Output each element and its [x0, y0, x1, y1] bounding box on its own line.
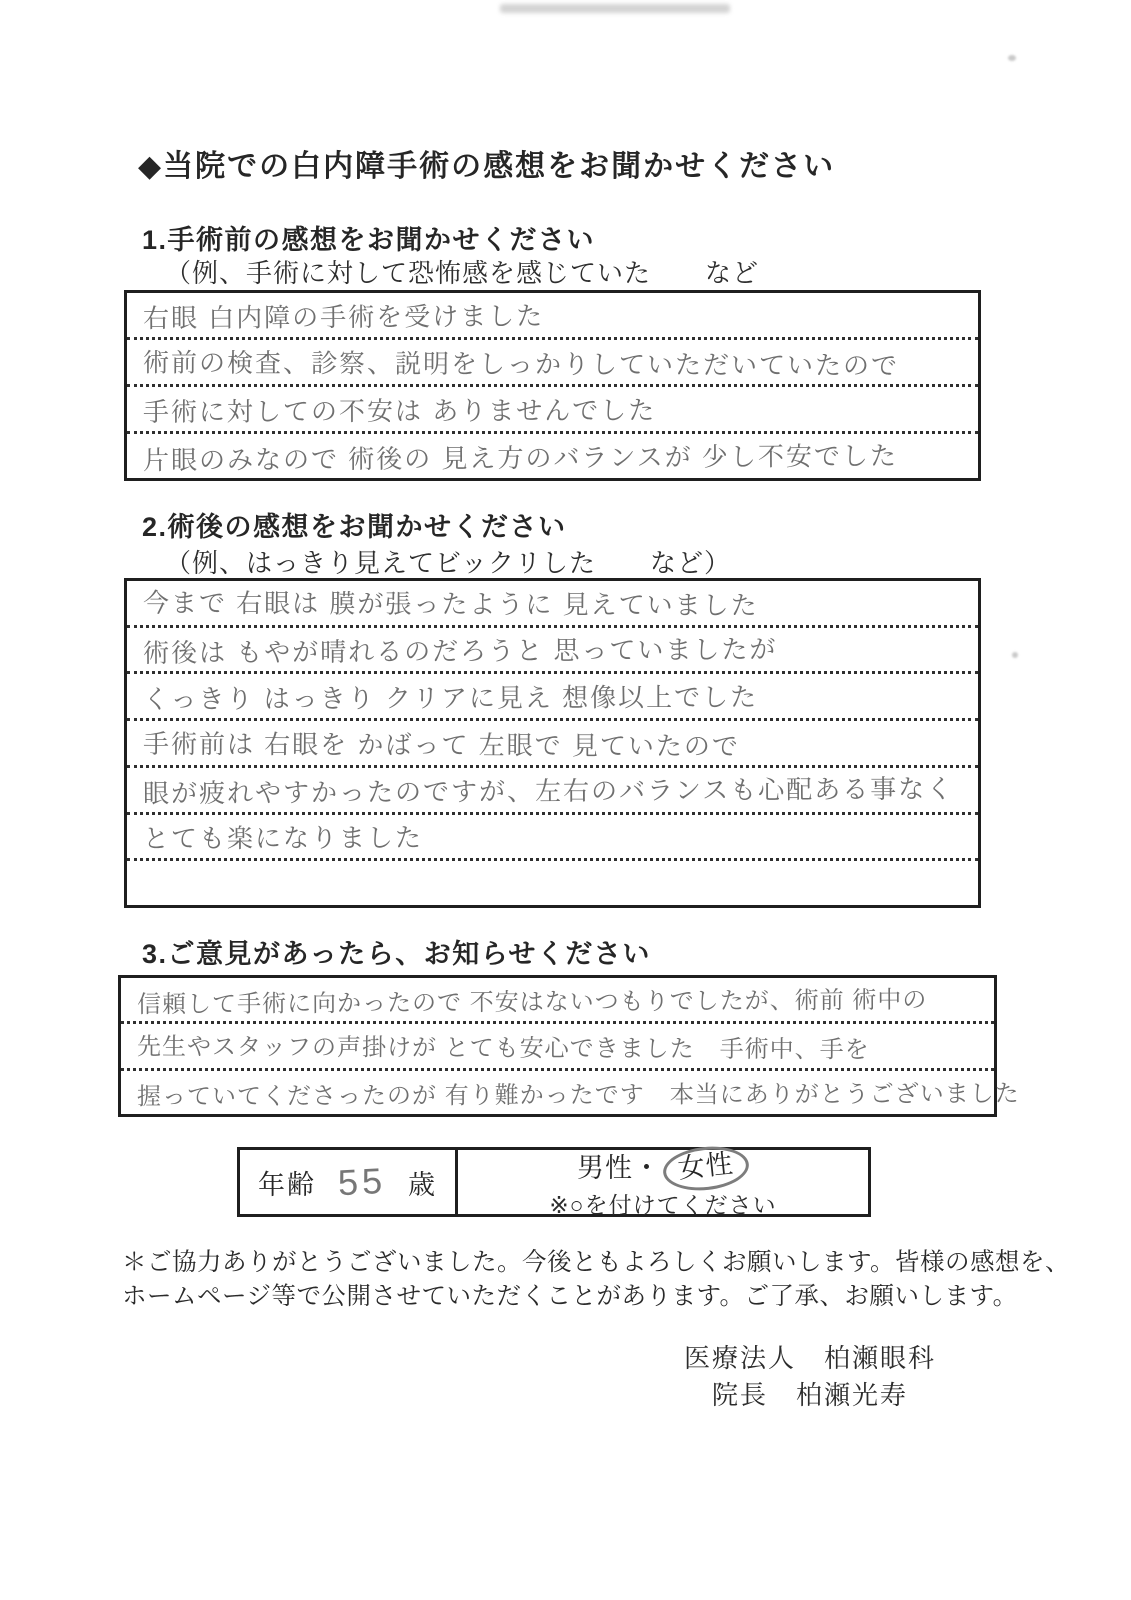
handwritten-answer: 今まで 右眼は 膜が張ったように 見えていました	[143, 583, 759, 623]
answer-row: 手術前は 右眼を かばって 左眼で 見ていたので	[127, 721, 978, 768]
handwritten-answer: 右眼 白内障の手術を受けました	[143, 295, 544, 334]
gender-options: 男性 ・ 女性	[577, 1147, 749, 1190]
gender-female-label: 女性	[676, 1148, 735, 1184]
age-cell: 年齢 55 歳	[240, 1150, 458, 1214]
answer-row: 右眼 白内障の手術を受けました	[127, 293, 978, 340]
answer-row: 眼が疲れやすかったのですが、左右のバランスも心配ある事なく	[127, 768, 978, 815]
handwritten-answer: 信頼して手術に向かったので 不安はないつもりでしたが、術前 術中の	[137, 980, 928, 1020]
section-2-example: （例、はっきり見えてビックリした など）	[165, 543, 731, 580]
handwritten-answer: くっきり はっきり クリアに見え 想像以上でした	[143, 677, 758, 716]
handwritten-answer: 手術に対しての不安は ありませんでした	[143, 390, 656, 429]
gender-circle-note: ※○を付けてください	[549, 1192, 776, 1218]
scanned-feedback-form: { "page": { "title": "◆当院での白内障手術の感想をお聞かせ…	[0, 0, 1131, 1600]
answer-row: 術後は もやが晴れるのだろうと 思っていましたが	[127, 628, 978, 675]
gender-separator-dot: ・	[633, 1153, 661, 1184]
answer-row: 握っていてくださったのが 有り難かったです 本当にありがとうございました	[121, 1071, 994, 1114]
handwritten-answer: 握っていてくださったのが 有り難かったです 本当にありがとうございました	[137, 1073, 1020, 1111]
section-1-heading: 1.手術前の感想をお聞かせください	[142, 218, 595, 257]
age-label: 年齢	[258, 1163, 316, 1202]
demographics-table: 年齢 55 歳 男性 ・ 女性 ※○を付けてください	[237, 1147, 871, 1217]
answer-row: 手術に対しての不安は ありませんでした	[127, 387, 978, 434]
director-name: 院長 柏瀬光寿	[620, 1375, 1000, 1412]
scan-speck	[1008, 55, 1016, 61]
answer-box-3: 信頼して手術に向かったので 不安はないつもりでしたが、術前 術中の 先生やスタッ…	[118, 975, 997, 1117]
page-title: ◆当院での白内障手術の感想をお聞かせください	[138, 141, 835, 185]
handwritten-answer: とても楽になりました	[143, 817, 423, 855]
gender-selected-circle: 女性	[661, 1143, 751, 1195]
scan-speck	[1012, 652, 1018, 658]
answer-row: 先生やスタッフの声掛けが とても安心できました 手術中、手を	[121, 1024, 994, 1070]
gender-cell: 男性 ・ 女性 ※○を付けてください	[458, 1150, 868, 1214]
answer-box-1: 右眼 白内障の手術を受けました 術前の検査、診察、説明をしっかりしていただいてい…	[124, 290, 981, 481]
answer-row: とても楽になりました	[127, 815, 978, 862]
age-unit-label: 歳	[408, 1163, 437, 1202]
handwritten-answer: 先生やスタッフの声掛けが とても安心できました 手術中、手を	[137, 1027, 870, 1065]
answer-row: 片眼のみなので 術後の 見え方のバランスが 少し不安でした	[127, 434, 978, 478]
handwritten-answer: 手術前は 右眼を かばって 左眼で 見ていたので	[143, 723, 740, 763]
answer-box-2: 今まで 右眼は 膜が張ったように 見えていました 術後は もやが晴れるのだろうと…	[124, 578, 981, 908]
footer-note-line-2: ホームページ等で公開させていただくことがあります。ご了承、お願いします。	[122, 1277, 1018, 1312]
handwritten-answer: 片眼のみなので 術後の 見え方のバランスが 少し不安でした	[143, 435, 898, 477]
answer-row: 今まで 右眼は 膜が張ったように 見えていました	[127, 581, 978, 628]
footer-note-line-1: ＊ご協力ありがとうございました。今後ともよろしくお願いします。皆様の感想を、	[122, 1243, 1070, 1278]
handwritten-answer: 術後は もやが晴れるのだろうと 思っていましたが	[143, 629, 778, 670]
handwritten-answer: 術前の検査、診察、説明をしっかりしていただいていたので	[143, 342, 899, 382]
gender-male-label: 男性	[577, 1153, 633, 1184]
answer-row: 術前の検査、診察、説明をしっかりしていただいていたので	[127, 340, 978, 387]
answer-row: くっきり はっきり クリアに見え 想像以上でした	[127, 674, 978, 721]
section-1-example: （例、手術に対して恐怖感を感じていた など	[165, 253, 759, 290]
answer-row-empty	[127, 861, 978, 905]
handwritten-answer: 眼が疲れやすかったのですが、左右のバランスも心配ある事なく	[143, 769, 954, 811]
section-3-heading: 3.ご意見があったら、お知らせください	[142, 932, 651, 971]
answer-row: 信頼して手術に向かったので 不安はないつもりでしたが、術前 術中の	[121, 978, 994, 1024]
section-2-heading: 2.術後の感想をお聞かせください	[142, 505, 567, 544]
age-value-handwritten: 55	[337, 1160, 387, 1204]
clinic-name: 医療法人 柏瀬眼科	[620, 1338, 1000, 1375]
scan-smudge	[500, 4, 730, 13]
